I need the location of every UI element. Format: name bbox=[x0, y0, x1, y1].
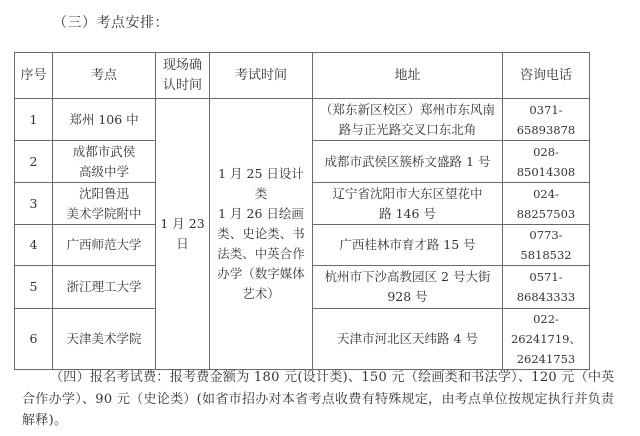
cell-confirm-time: 1 月 23 日 bbox=[156, 99, 210, 370]
site-line: 浙江理工大学 bbox=[56, 277, 152, 297]
header-phone: 咨询电话 bbox=[503, 53, 590, 99]
table-row: 1 郑州 106 中 1 月 23 日 1 月 25 日设计 类 1 月 26 … bbox=[15, 99, 590, 141]
site-line: 广西师范大学 bbox=[56, 235, 152, 255]
exam-time-line: 艺术） bbox=[213, 284, 309, 304]
exam-sites-table: 序号 考点 现场确 认时间 考试时间 地址 咨询电话 1 郑州 106 中 1 … bbox=[14, 52, 590, 370]
cell-site: 沈阳鲁迅 美术学院附中 bbox=[53, 183, 156, 225]
cell-index: 3 bbox=[15, 183, 53, 225]
section-heading-exam-sites: （三）考点安排： bbox=[53, 12, 169, 32]
address-line: （郑东新区校区）郑州市东风南 bbox=[316, 100, 499, 120]
address-line: 路与正光路交叉口东北角 bbox=[316, 120, 499, 140]
cell-address: 广西桂林市育才路 15 号 bbox=[313, 225, 503, 266]
exam-time-line: 类、史论类、书 bbox=[213, 224, 309, 244]
phone-line: 0773-5818532 bbox=[506, 225, 586, 265]
cell-address: 杭州市下沙高教园区 2 号大街 928 号 bbox=[313, 266, 503, 309]
exam-time-line: 法类、中英合作 bbox=[213, 244, 309, 264]
site-line: 郑州 106 中 bbox=[56, 110, 152, 130]
cell-site: 浙江理工大学 bbox=[53, 266, 156, 309]
site-line: 成都市武侯 bbox=[56, 142, 152, 162]
address-line: 广西桂林市育才路 15 号 bbox=[316, 235, 499, 255]
header-exam-time: 考试时间 bbox=[210, 53, 313, 99]
cell-phone: 0773-5818532 bbox=[503, 225, 590, 266]
table-header-row: 序号 考点 现场确 认时间 考试时间 地址 咨询电话 bbox=[15, 53, 590, 99]
phone-line: 26241753 bbox=[506, 349, 586, 369]
cell-exam-time: 1 月 25 日设计 类 1 月 26 日绘画 类、史论类、书 法类、中英合作 … bbox=[210, 99, 313, 370]
site-line: 美术学院附中 bbox=[56, 204, 152, 224]
registration-fee-paragraph: （四）报名考试费：报考费金额为 180 元(设计类)、150 元（绘画类和书法学… bbox=[22, 367, 622, 432]
cell-address: 辽宁省沈阳市大东区望花中 路 146 号 bbox=[313, 183, 503, 225]
phone-line: 0371-65893878 bbox=[506, 100, 586, 140]
header-confirm-time: 现场确 认时间 bbox=[156, 53, 210, 99]
exam-time-line: 办学（数字媒体 bbox=[213, 264, 309, 284]
address-line: 杭州市下沙高教园区 2 号大街 bbox=[316, 267, 499, 287]
address-line: 路 146 号 bbox=[316, 204, 499, 224]
header-confirm-time-line2: 认时间 bbox=[159, 76, 206, 96]
header-address: 地址 bbox=[313, 53, 503, 99]
cell-index: 6 bbox=[15, 309, 53, 370]
cell-phone: 022-26241719、 26241753 bbox=[503, 309, 590, 370]
cell-index: 2 bbox=[15, 141, 53, 183]
cell-site: 郑州 106 中 bbox=[53, 99, 156, 141]
cell-site: 成都市武侯 高级中学 bbox=[53, 141, 156, 183]
phone-line: 024-88257503 bbox=[506, 184, 586, 224]
cell-site: 广西师范大学 bbox=[53, 225, 156, 266]
cell-index: 4 bbox=[15, 225, 53, 266]
cell-phone: 024-88257503 bbox=[503, 183, 590, 225]
header-confirm-time-line1: 现场确 bbox=[159, 56, 206, 76]
cell-index: 5 bbox=[15, 266, 53, 309]
site-line: 天津美术学院 bbox=[56, 329, 152, 349]
cell-address: 天津市河北区天纬路 4 号 bbox=[313, 309, 503, 370]
address-line: 天津市河北区天纬路 4 号 bbox=[316, 329, 499, 349]
cell-site: 天津美术学院 bbox=[53, 309, 156, 370]
cell-phone: 028-85014308 bbox=[503, 141, 590, 183]
exam-time-line: 类 bbox=[213, 184, 309, 204]
phone-line: 028-85014308 bbox=[506, 142, 586, 182]
address-line: 928 号 bbox=[316, 287, 499, 307]
confirm-time-line2: 日 bbox=[159, 234, 206, 254]
cell-index: 1 bbox=[15, 99, 53, 141]
exam-time-line: 1 月 25 日设计 bbox=[213, 164, 309, 184]
exam-time-line: 1 月 26 日绘画 bbox=[213, 204, 309, 224]
phone-line: 022-26241719、 bbox=[506, 309, 586, 349]
confirm-time-line1: 1 月 23 bbox=[159, 214, 206, 234]
site-line: 高级中学 bbox=[56, 162, 152, 182]
site-line: 沈阳鲁迅 bbox=[56, 184, 152, 204]
header-index: 序号 bbox=[15, 53, 53, 99]
cell-phone: 0571-86843333 bbox=[503, 266, 590, 309]
address-line: 辽宁省沈阳市大东区望花中 bbox=[316, 184, 499, 204]
cell-address: 成都市武侯区簇桥文盛路 1 号 bbox=[313, 141, 503, 183]
phone-line: 0571-86843333 bbox=[506, 267, 586, 307]
cell-phone: 0371-65893878 bbox=[503, 99, 590, 141]
header-site: 考点 bbox=[53, 53, 156, 99]
address-line: 成都市武侯区簇桥文盛路 1 号 bbox=[316, 152, 499, 172]
cell-address: （郑东新区校区）郑州市东风南 路与正光路交叉口东北角 bbox=[313, 99, 503, 141]
